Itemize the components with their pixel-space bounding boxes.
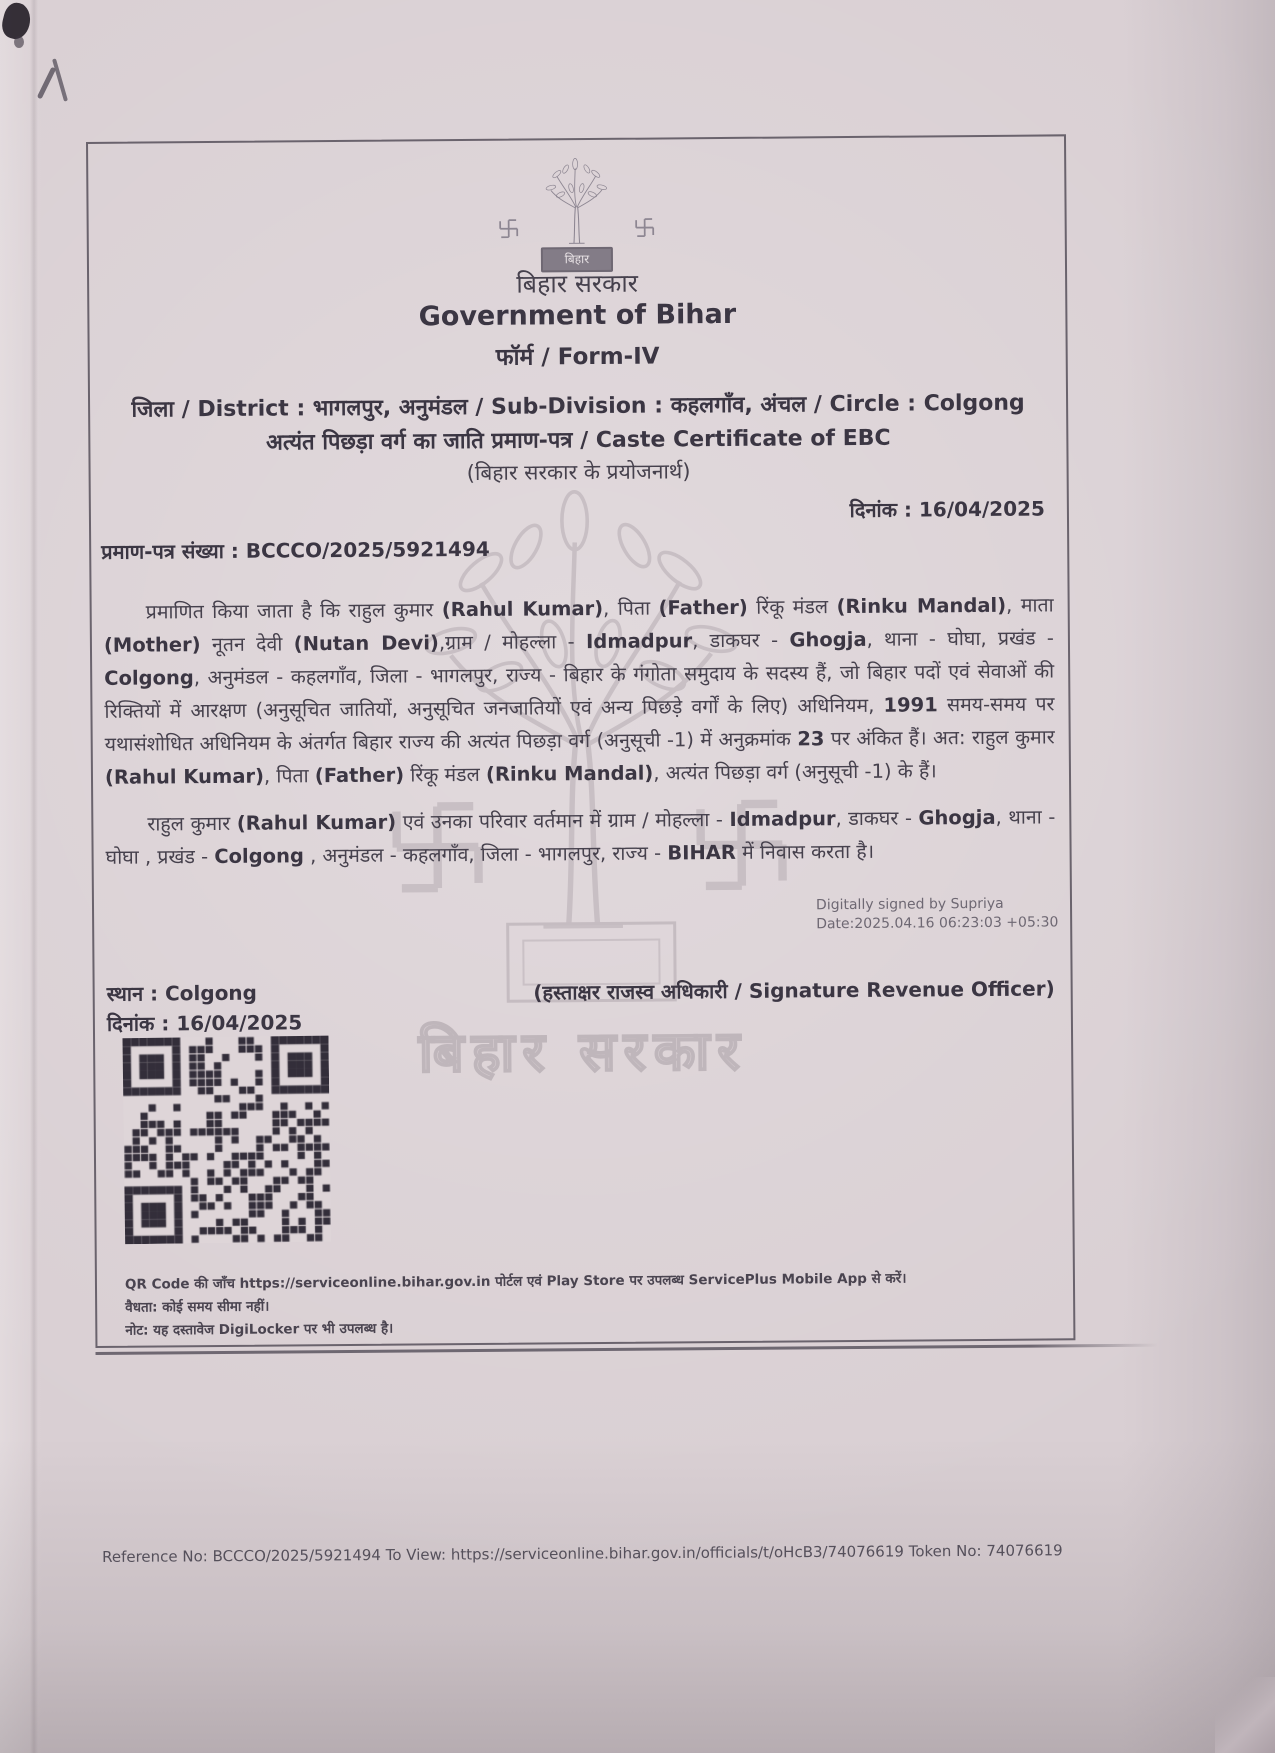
corner-fold xyxy=(1215,1677,1275,1753)
scan-smudge-small xyxy=(14,36,24,48)
certificate-body: प्रमाणित किया जाता है कि राहुल कुमार (Ra… xyxy=(104,588,1056,873)
scanned-document-page: बिहार सरकार बिहार बिहार सरकार Government… xyxy=(0,0,1275,1753)
footer-notes: QR Code की जाँच https://serviceonline.bi… xyxy=(125,1268,907,1343)
body-paragraph-2: राहुल कुमार (Rahul Kumar) एवं उनका परिवा… xyxy=(105,800,1055,873)
emblem-tree-icon xyxy=(530,154,623,247)
qr-code-image xyxy=(122,1036,331,1245)
paper-crease xyxy=(30,0,38,1753)
reference-line: Reference No: BCCCO/2025/5921494 To View… xyxy=(102,1541,1102,1566)
qr-code xyxy=(122,1036,331,1251)
certificate-frame: बिहार सरकार बिहार बिहार सरकार Government… xyxy=(86,134,1075,1348)
digital-signature-note: Digitally signed by Supriya Date:2025.04… xyxy=(816,894,1058,934)
place-line: स्थान : Colgong xyxy=(107,979,257,1007)
pen-mark xyxy=(37,67,56,100)
digital-signature-line2: Date:2025.04.16 06:23:03 +05:30 xyxy=(816,913,1058,934)
bihar-emblem: बिहार xyxy=(456,153,697,273)
emblem-swastika-right-icon xyxy=(635,218,655,238)
emblem-swastika-left-icon xyxy=(499,219,519,239)
purpose-line: (बिहार सरकार के प्रयोजनार्थ) xyxy=(91,454,1067,490)
certificate-type-line: अत्यंत पिछड़ा वर्ग का जाति प्रमाण-पत्र /… xyxy=(90,420,1066,458)
title-english: Government of Bihar xyxy=(89,296,1065,335)
issue-date: दिनांक : 16/04/2025 xyxy=(849,494,1045,523)
district-line: जिला / District : भागलपुर, अनुमंडल / Sub… xyxy=(90,386,1066,424)
pen-mark-2 xyxy=(52,58,68,101)
certificate-number: प्रमाण-पत्र संख्या : BCCCO/2025/5921494 xyxy=(101,535,490,565)
footer-note-digilocker: नोट: यह दस्तावेज DigiLocker पर भी उपलब्ध… xyxy=(125,1314,907,1343)
form-line: फॉर्म / Form-IV xyxy=(90,335,1066,375)
digital-signature-line1: Digitally signed by Supriya xyxy=(816,894,1058,915)
bottom-double-rule xyxy=(96,1344,1158,1355)
officer-signature-line: (हस्ताक्षर राजस्व अधिकारी / Signature Re… xyxy=(533,974,1055,1005)
body-paragraph-1: प्रमाणित किया जाता है कि राहुल कुमार (Ra… xyxy=(104,588,1056,793)
issue-date-bottom: दिनांक : 16/04/2025 xyxy=(107,1008,303,1037)
